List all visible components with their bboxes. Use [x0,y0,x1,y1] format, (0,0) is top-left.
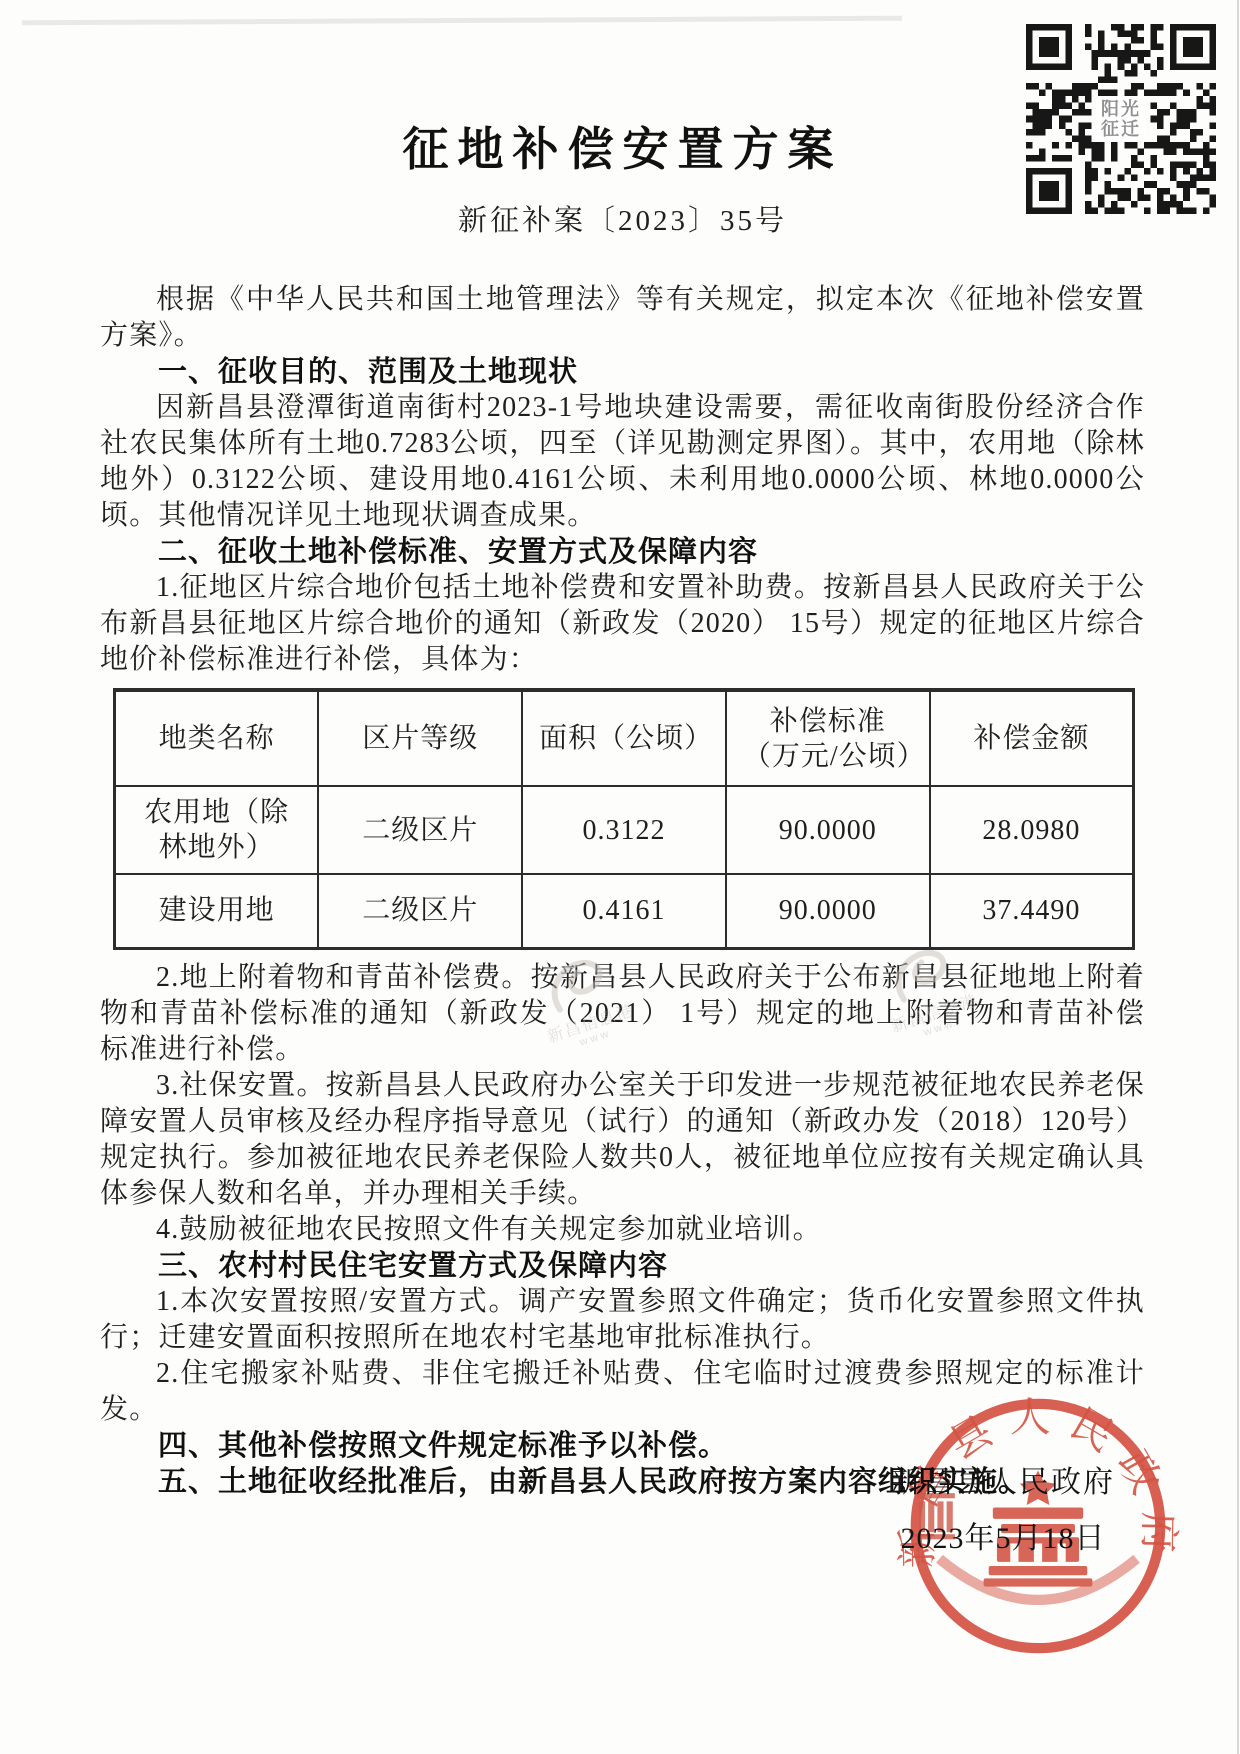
qr-center-label: 阳光 征迁 [1096,97,1146,141]
cell-zone-level: 二级区片 [318,786,522,874]
cell-area: 0.4161 [522,874,726,948]
section-1-paragraph: 因新昌县澄潭街道南街村2023-1号地块建设需要，需征收南街股份经济合作社农民集… [100,390,1145,534]
signature-date: 2023年5月18日 [872,1522,1134,1556]
cell-zone-level: 二级区片 [318,874,522,948]
section-3-paragraph-1: 1.本次安置按照/安置方式。调产安置参照文件确定；货币化安置参照文件执行；迁建安… [100,1284,1145,1356]
doc-number: 新征补案〔2023〕35号 [100,204,1145,238]
cell-area: 0.3122 [522,786,726,874]
scan-edge-artifact [1237,0,1239,1754]
signature-issuer: 新昌县人民政府 [872,1466,1134,1500]
section-3-heading: 三、农村村民住宅安置方式及保障内容 [100,1248,1145,1284]
header-land-type: 地类名称 [115,690,319,786]
paragraph-intro: 根据《中华人民共和国土地管理法》等有关规定，拟定本次《征地补偿安置方案》。 [100,282,1145,354]
section-2-paragraph-3: 3.社保安置。按新昌县人民政府办公室关于印发进一步规范被征地农民养老保障安置人员… [100,1068,1145,1212]
cell-standard: 90.0000 [726,874,930,948]
section-2-paragraph-4: 4.鼓励被征地农民按照文件有关规定参加就业培训。 [100,1212,1145,1248]
document-body: 征地补偿安置方案 新征补案〔2023〕35号 根据《中华人民共和国土地管理法》等… [0,0,1240,1500]
table-header-row: 地类名称 区片等级 面积（公顷） 补偿标准（万元/公顷） 补偿金额 [115,690,1134,786]
qr-code: 阳光 征迁 [1026,24,1216,214]
cell-land-type: 农用地（除林地外） [115,786,319,874]
cell-amount: 37.4490 [930,874,1134,948]
section-2-paragraph-2: 2.地上附着物和青苗补偿费。按新昌县人民政府关于公布新昌县征地地上附着物和青苗补… [100,960,1145,1068]
compensation-table: 地类名称 区片等级 面积（公顷） 补偿标准（万元/公顷） 补偿金额 农用地（除林… [113,688,1135,950]
section-1-heading: 一、征收目的、范围及土地现状 [100,354,1145,390]
page-title: 征地补偿安置方案 [100,122,1145,176]
section-2-paragraph-1: 1.征地区片综合地价包括土地补偿费和安置补助费。按新昌县人民政府关于公布新昌县征… [100,570,1145,678]
signature-block: 新昌县人民政府 2023年5月18日 [872,1466,1134,1556]
qr-label-line2: 征迁 [1101,119,1141,139]
table-row: 建设用地 二级区片 0.4161 90.0000 37.4490 [115,874,1134,948]
cell-land-type: 建设用地 [115,874,319,948]
header-standard: 补偿标准（万元/公顷） [726,690,930,786]
header-area: 面积（公顷） [522,690,726,786]
qr-label-line1: 阳光 [1101,99,1141,119]
document-page: 阳光 征迁 新昌信息港 www 新昌信息港 www 征地补偿安置方案 新征补案〔… [0,0,1240,1754]
header-amount: 补偿金额 [930,690,1134,786]
table-row: 农用地（除林地外） 二级区片 0.3122 90.0000 28.0980 [115,786,1134,874]
header-zone-level: 区片等级 [318,690,522,786]
section-2-heading: 二、征收土地补偿标准、安置方式及保障内容 [100,534,1145,570]
cell-standard: 90.0000 [726,786,930,874]
cell-amount: 28.0980 [930,786,1134,874]
